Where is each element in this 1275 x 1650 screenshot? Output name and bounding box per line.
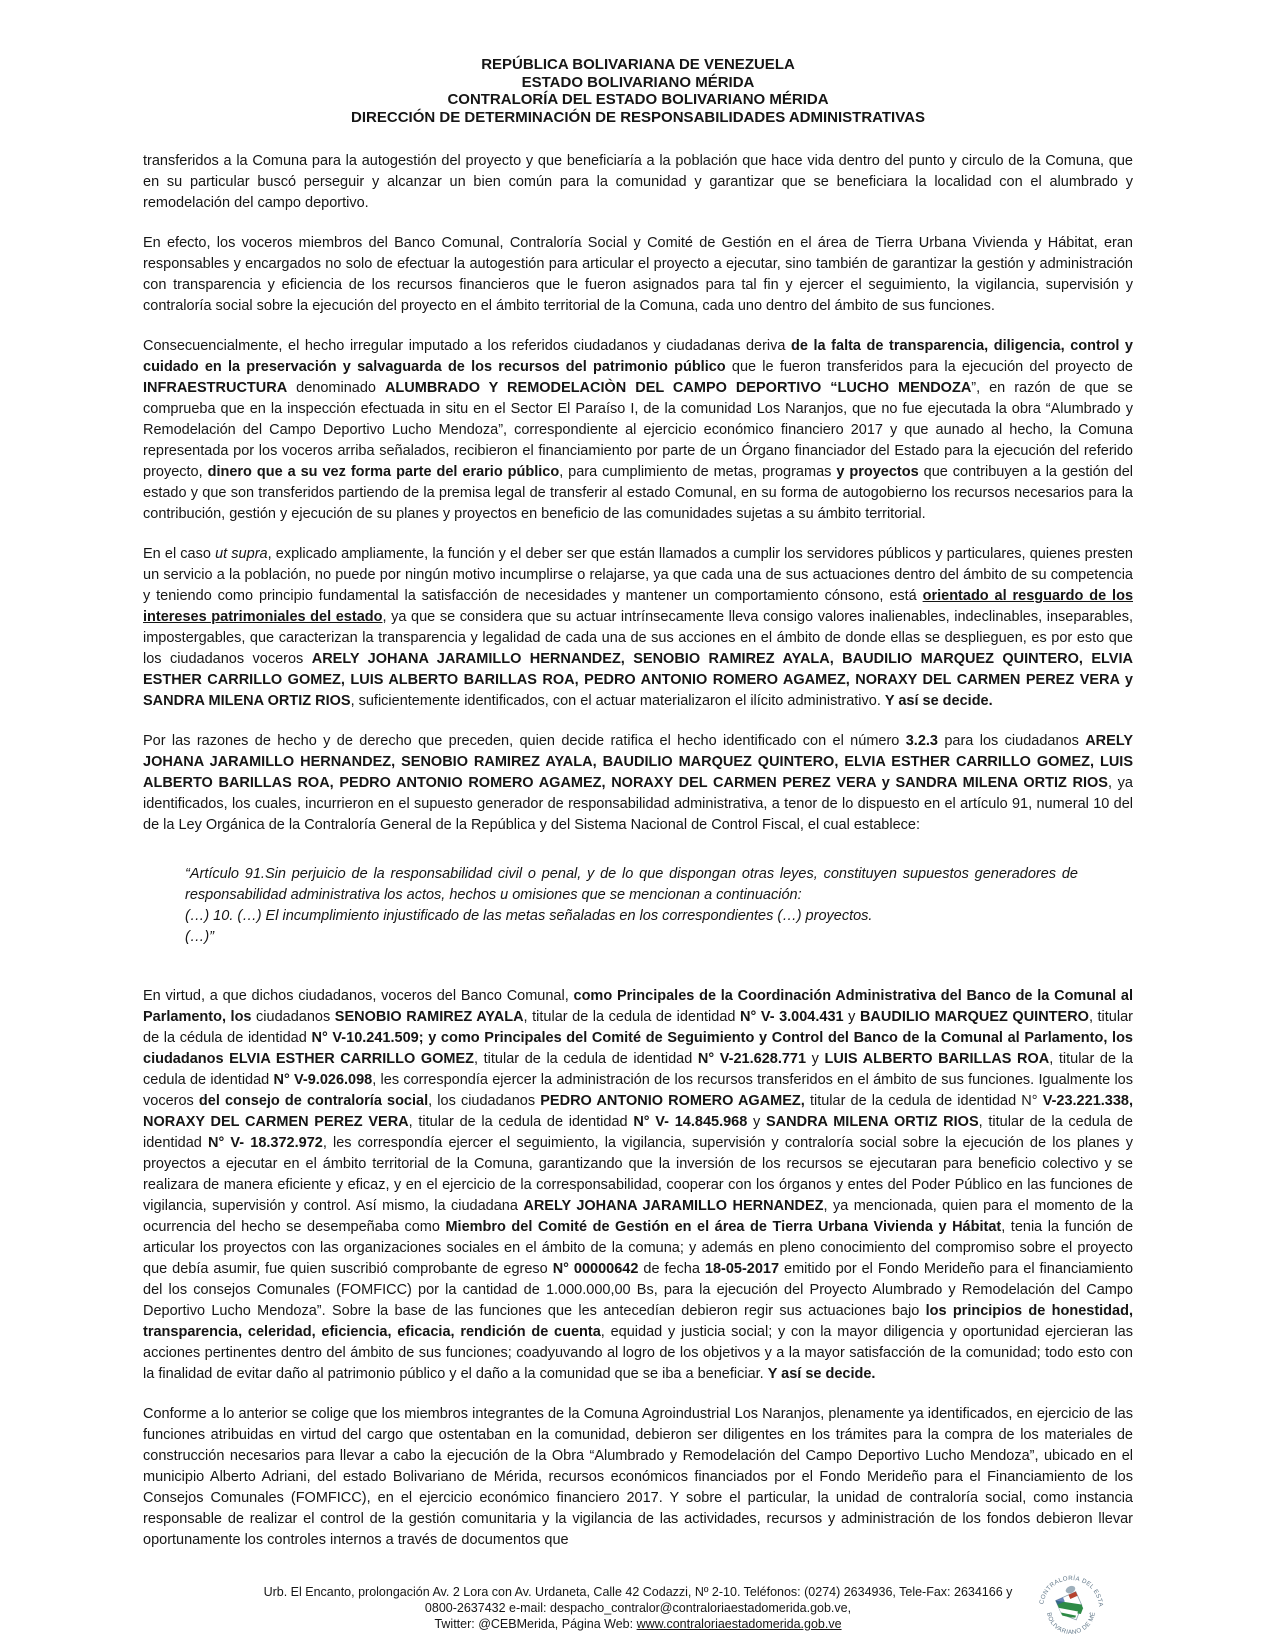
header-line-state: ESTADO BOLIVARIANO MÉRIDA — [143, 74, 1133, 92]
footer-web-line: Twitter: @CEBMerida, Página Web: www.con… — [143, 1616, 1133, 1632]
quote-line-main: “Artículo 91.Sin perjuicio de la respons… — [185, 864, 1078, 906]
paragraph-en-virtud: En virtud, a que dichos ciudadanos, voce… — [143, 986, 1133, 1385]
footer-contact-line: 0800-2637432 e-mail: despacho_contralor@… — [143, 1600, 1133, 1616]
document-page: REPÚBLICA BOLIVARIANA DE VENEZUELA ESTAD… — [0, 0, 1275, 1650]
paragraph-ut-supra: En el caso ut supra, explicado ampliamen… — [143, 544, 1133, 712]
footer-address-line: Urb. El Encanto, prolongación Av. 2 Lora… — [143, 1584, 1133, 1600]
paragraph-por-las-razones: Por las razones de hecho y de derecho qu… — [143, 731, 1133, 836]
legal-quote-articulo-91: “Artículo 91.Sin perjuicio de la respons… — [185, 864, 1078, 948]
document-header: REPÚBLICA BOLIVARIANA DE VENEZUELA ESTAD… — [143, 56, 1133, 126]
paragraph-transferidos: transferidos a la Comuna para la autoges… — [143, 151, 1133, 214]
quote-line-numeral-10: (…) 10. (…) El incumplimiento injustific… — [185, 906, 1078, 927]
header-line-direccion: DIRECCIÓN DE DETERMINACIÓN DE RESPONSABI… — [143, 109, 1133, 127]
quote-line-ellipsis: (…)” — [185, 927, 1078, 948]
seal-shield-icon — [1053, 1584, 1088, 1624]
header-line-contraloria: CONTRALORÍA DEL ESTADO BOLIVARIANO MÉRID… — [143, 91, 1133, 109]
paragraph-conforme: Conforme a lo anterior se colige que los… — [143, 1404, 1133, 1551]
page-footer: Urb. El Encanto, prolongación Av. 2 Lora… — [143, 1584, 1133, 1632]
paragraph-consecuencialmente: Consecuencialmente, el hecho irregular i… — [143, 336, 1133, 525]
document-body: transferidos a la Comuna para la autoges… — [143, 151, 1133, 1551]
contraloria-seal-icon: CONTRALORÍA DEL ESTADO BOLIVARIANO DE MÉ… — [1035, 1566, 1107, 1646]
header-line-republic: REPÚBLICA BOLIVARIANA DE VENEZUELA — [143, 56, 1133, 74]
paragraph-en-efecto: En efecto, los voceros miembros del Banc… — [143, 233, 1133, 317]
